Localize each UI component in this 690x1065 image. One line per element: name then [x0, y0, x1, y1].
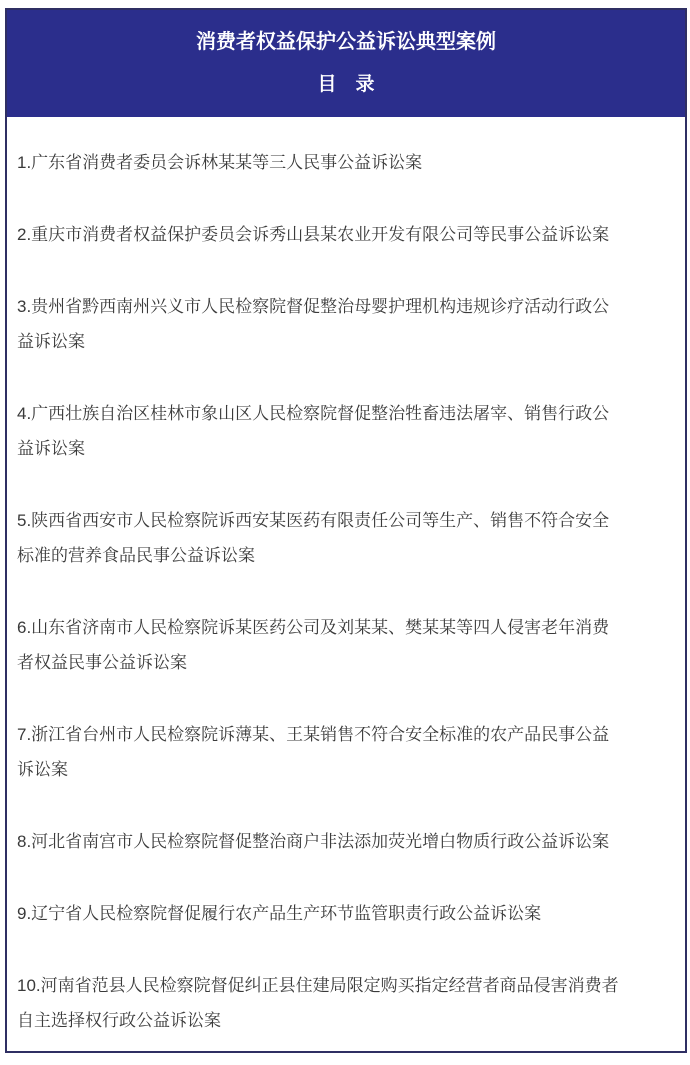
header-banner: 消费者权益保护公益诉讼典型案例 目 录 [7, 10, 685, 117]
toc-item-1: 1.广东省消费者委员会诉林某某等三人民事公益诉讼案 [17, 145, 663, 180]
toc-item-6: 6.山东省济南市人民检察院诉某医药公司及刘某某、樊某某等四人侵害老年消费 者权益… [17, 610, 663, 680]
toc-list: 1.广东省消费者委员会诉林某某等三人民事公益诉讼案 2.重庆市消费者权益保护委员… [7, 117, 685, 1051]
toc-item-9: 9.辽宁省人民检察院督促履行农产品生产环节监管职责行政公益诉讼案 [17, 896, 663, 931]
toc-item-4: 4.广西壮族自治区桂林市象山区人民检察院督促整治牲畜违法屠宰、销售行政公 益诉讼… [17, 396, 663, 466]
document-page: 消费者权益保护公益诉讼典型案例 目 录 1.广东省消费者委员会诉林某某等三人民事… [5, 8, 687, 1053]
toc-item-3: 3.贵州省黔西南州兴义市人民检察院督促整治母婴护理机构违规诊疗活动行政公 益诉讼… [17, 289, 663, 359]
toc-item-8: 8.河北省南宫市人民检察院督促整治商户非法添加荧光增白物质行政公益诉讼案 [17, 824, 663, 859]
document-title: 消费者权益保护公益诉讼典型案例 [7, 29, 685, 55]
toc-heading: 目 录 [7, 73, 685, 97]
toc-item-10: 10.河南省范县人民检察院督促纠正县住建局限定购买指定经营者商品侵害消费者 自主… [17, 968, 663, 1038]
toc-item-5: 5.陕西省西安市人民检察院诉西安某医药有限责任公司等生产、销售不符合安全 标准的… [17, 503, 663, 573]
toc-item-7: 7.浙江省台州市人民检察院诉薄某、王某销售不符合安全标准的农产品民事公益 诉讼案 [17, 717, 663, 787]
toc-item-2: 2.重庆市消费者权益保护委员会诉秀山县某农业开发有限公司等民事公益诉讼案 [17, 217, 663, 252]
